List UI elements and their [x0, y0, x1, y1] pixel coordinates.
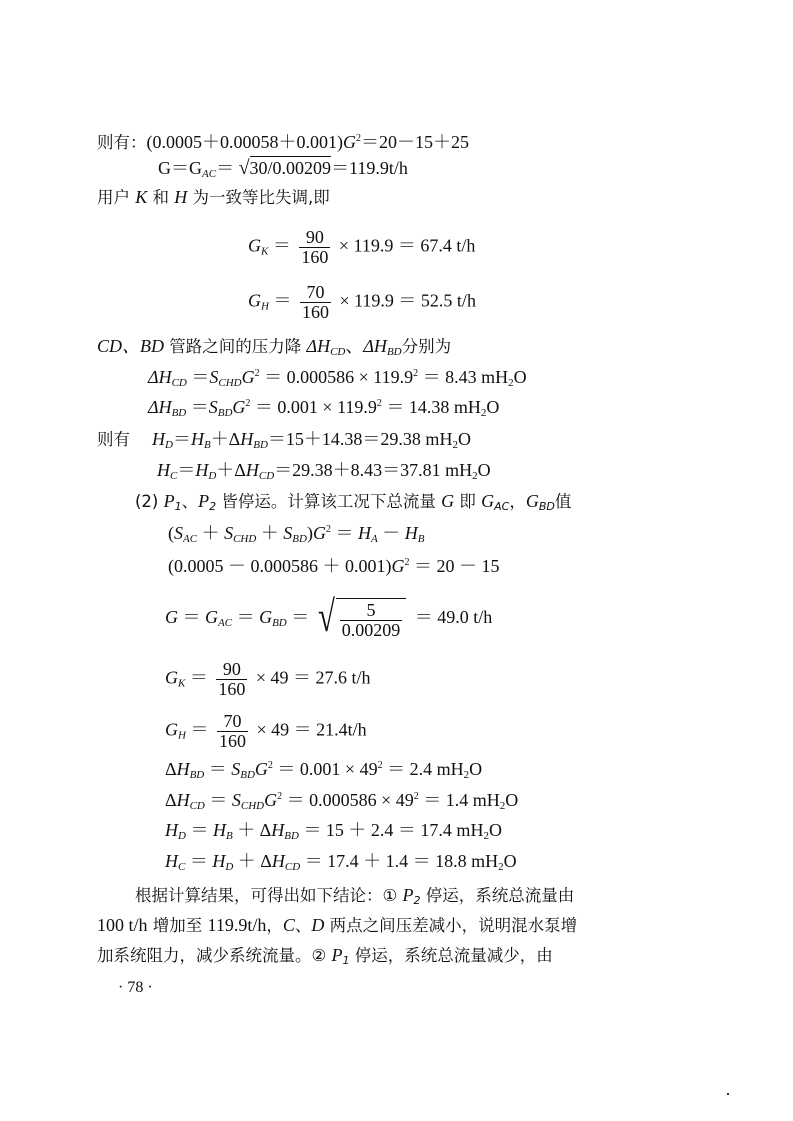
sqrt-icon: √ — [318, 592, 335, 642]
sqrt-icon: √ — [239, 157, 250, 179]
paragraph-line-3: 加系统阻力，减少系统流量。② P1 停运，系统总流量减少，由 — [97, 944, 553, 967]
fraction: 70160 — [217, 712, 248, 751]
equation-gh-2: GH ＝ 70160 × 49 ＝ 21.4t/h — [165, 712, 367, 751]
equation-gk-1: GK ＝ 90160 × 119.9 ＝ 67.4 t/h — [248, 228, 475, 267]
equation-line-1: 则有：(0.0005＋0.00058＋0.001)G2＝20－15＋25 — [97, 131, 469, 154]
text-line-uniform-imbalance: 用户 K 和 H 为一致等比失调,即 — [97, 186, 330, 209]
scan-speck — [727, 1093, 729, 1095]
equation-g-ac: G＝GAC＝ √30/0.00209＝119.9t/h — [158, 157, 408, 179]
equation-sum-s: (0.0005＋0.00058＋0.001)G2＝20－15＋25 — [147, 132, 470, 152]
equation-s-sum: (SAC ＋ SCHD ＋ SBD)G2 ＝ HA － HB — [168, 522, 424, 544]
fraction: 90160 — [299, 228, 330, 267]
equation-hd-2: HD ＝ HB ＋ ΔHBD ＝ 15 ＋ 2.4 ＝ 17.4 mH2O — [165, 819, 502, 841]
equation-gh-1: GH ＝ 70160 × 119.9 ＝ 52.5 t/h — [248, 283, 476, 322]
equation-gk-2: GK ＝ 90160 × 49 ＝ 27.6 t/h — [165, 660, 371, 699]
equation-g-total-2: G ＝ GAC ＝ GBD ＝ √50.00209 ＝ 49.0 t/h — [165, 598, 492, 640]
equation-dh-bd-2: ΔHBD ＝ SBDG2 ＝ 0.001 × 492 ＝ 2.4 mH2O — [165, 758, 482, 780]
text-case-2-heading: (2) P1、P2 皆停运。计算该工况下总流量 G 即 GAC，GBD值 — [135, 490, 571, 513]
paragraph-line-1: 根据计算结果，可得出如下结论：① P2 停运，系统总流量由 — [135, 884, 574, 907]
equation-dh-cd-1: ΔHCD ＝SCHDG2 ＝ 0.000586 × 119.92 ＝ 8.43 … — [148, 366, 527, 388]
equation-s-numeric: (0.0005 － 0.000586 ＋ 0.001)G2 ＝ 20 － 15 — [168, 555, 500, 577]
equation-hc-2: HC ＝ HD ＋ ΔHCD ＝ 17.4 ＋ 1.4 ＝ 18.8 mH2O — [165, 850, 517, 872]
fraction: 90160 — [216, 660, 247, 699]
text-line-pressure-drop: CD、BD 管路之间的压力降 ΔHCD、ΔHBD分别为 — [97, 335, 451, 358]
equation-dh-cd-2: ΔHCD ＝ SCHDG2 ＝ 0.000586 × 492 ＝ 1.4 mH2… — [165, 789, 518, 811]
sqrt-fraction: √50.00209 — [318, 598, 407, 640]
equation-dh-bd-1: ΔHBD ＝SBDG2 ＝ 0.001 × 119.92 ＝ 14.38 mH2… — [148, 396, 499, 418]
page-number: · 78 · — [118, 977, 153, 999]
prefix-text: 则有： — [97, 133, 147, 152]
paragraph-line-2: 100 t/h 增加至 119.9t/h，C、D 两点之间压差减小，说明混水泵增 — [97, 914, 577, 937]
fraction: 70160 — [300, 283, 331, 322]
equation-hc-1: HC＝HD＋ΔHCD＝29.38＋8.43＝37.81 mH2O — [157, 459, 491, 481]
equation-hd-1: 则有HD＝HB＋ΔHBD＝15＋14.38＝29.38 mH2O — [97, 428, 471, 451]
